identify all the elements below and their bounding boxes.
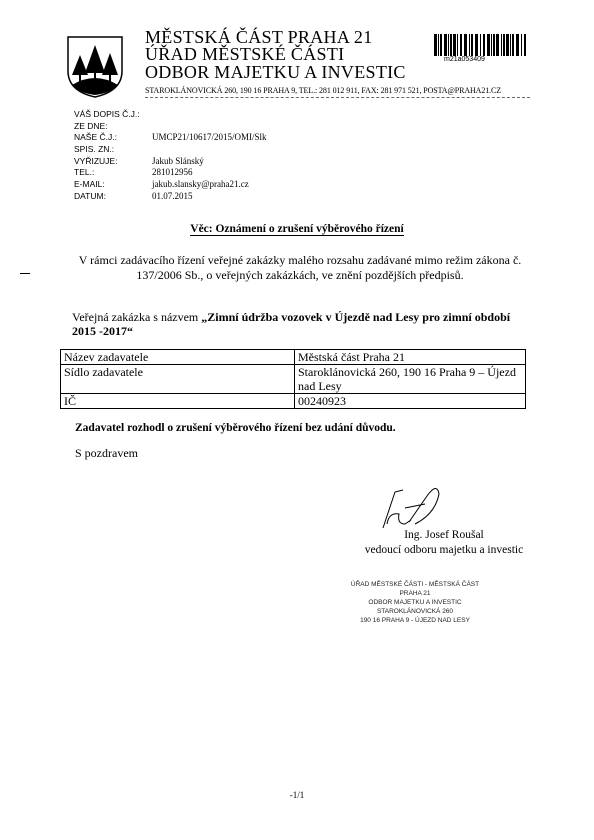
reference-row: SPIS. ZN.:: [74, 143, 267, 155]
reference-value: Jakub Slánský: [152, 156, 204, 166]
reference-label: TEL.:: [74, 167, 152, 177]
table-row: IČ00240923: [61, 394, 526, 409]
contracting-authority-table: Název zadavateleMěstská část Praha 21Síd…: [60, 349, 526, 409]
reference-value: jakub.slansky@praha21.cz: [152, 179, 249, 189]
reference-label: VÁŠ DOPIS Č.J.:: [74, 109, 152, 119]
reference-label: E-MAIL:: [74, 179, 152, 189]
table-label: Sídlo zadavatele: [61, 365, 295, 394]
contract-paragraph: Veřejná zakázka s názvem „Zimní údržba v…: [72, 310, 532, 338]
greeting: S pozdravem: [75, 446, 138, 461]
reference-label: VYŘIZUJE:: [74, 156, 152, 166]
header-department: ODBOR MAJETKU A INVESTIC: [145, 63, 406, 81]
header-address: STAROKLÁNOVICKÁ 260, 190 16 PRAHA 9, TEL…: [145, 86, 501, 95]
reference-label: SPIS. ZN.:: [74, 144, 152, 154]
reference-row: VÁŠ DOPIS Č.J.:: [74, 108, 267, 120]
reference-row: TEL.:281012956: [74, 166, 267, 178]
table-row: Sídlo zadavateleStaroklánovická 260, 190…: [61, 365, 526, 394]
reference-block: VÁŠ DOPIS Č.J.:ZE DNE:NAŠE Č.J.:UMCP21/1…: [74, 108, 267, 202]
stamp-line: ODBOR MAJETKU A INVESTIC: [340, 598, 490, 607]
stamp-line: ÚŘAD MĚSTSKÉ ČÁSTI - MĚSTSKÁ ČÁST PRAHA …: [340, 580, 490, 598]
office-stamp: ÚŘAD MĚSTSKÉ ČÁSTI - MĚSTSKÁ ČÁST PRAHA …: [340, 580, 490, 625]
contract-prefix: Veřejná zakázka s názvem: [72, 310, 201, 324]
barcode-icon: [434, 34, 526, 56]
table-label: Název zadavatele: [61, 350, 295, 365]
decision-statement: Zadavatel rozhodl o zrušení výběrového ř…: [75, 422, 396, 434]
subject-heading: Věc: Oznámení o zrušení výběrového řízen…: [0, 223, 594, 235]
reference-value: 01.07.2015: [152, 191, 193, 201]
reference-row: VYŘIZUJE:Jakub Slánský: [74, 155, 267, 167]
reference-label: DATUM:: [74, 191, 152, 201]
signatory-role: vedoucí odboru majetku a investic: [0, 544, 594, 556]
table-value: 00240923: [295, 394, 526, 409]
table-value: Staroklánovická 260, 190 16 Praha 9 – Új…: [295, 365, 526, 394]
stamp-line: STAROKLÁNOVICKÁ 260: [340, 607, 490, 616]
reference-label: NAŠE Č.J.:: [74, 132, 152, 142]
table-label: IČ: [61, 394, 295, 409]
reference-value: UMCP21/10617/2015/OMI/Slk: [152, 132, 267, 142]
table-value: Městská část Praha 21: [295, 350, 526, 365]
reference-value: 281012956: [152, 167, 193, 177]
reference-row: NAŠE Č.J.:UMCP21/10617/2015/OMI/Slk: [74, 131, 267, 143]
signatory-name: Ing. Josef Roušal: [0, 529, 594, 541]
barcode-text: m21a053409: [444, 56, 485, 63]
stamp-line: 190 16 PRAHA 9 - ÚJEZD NAD LESY: [340, 616, 490, 625]
intro-paragraph: V rámci zadávacího řízení veřejné zakázk…: [70, 253, 530, 283]
signature-icon: [375, 484, 455, 534]
reference-row: DATUM:01.07.2015: [74, 190, 267, 202]
reference-row: ZE DNE:: [74, 120, 267, 132]
header-office: ÚŘAD MĚSTSKÉ ČÁSTI: [145, 45, 344, 63]
reference-label: ZE DNE:: [74, 121, 152, 131]
reference-row: E-MAIL:jakub.slansky@praha21.cz: [74, 178, 267, 190]
page-number: -1/1: [0, 790, 594, 800]
margin-mark: [20, 273, 30, 274]
header-divider: [145, 97, 530, 98]
subject-text: Věc: Oznámení o zrušení výběrového řízen…: [190, 223, 403, 236]
coat-of-arms-icon: [66, 33, 124, 99]
table-row: Název zadavateleMěstská část Praha 21: [61, 350, 526, 365]
